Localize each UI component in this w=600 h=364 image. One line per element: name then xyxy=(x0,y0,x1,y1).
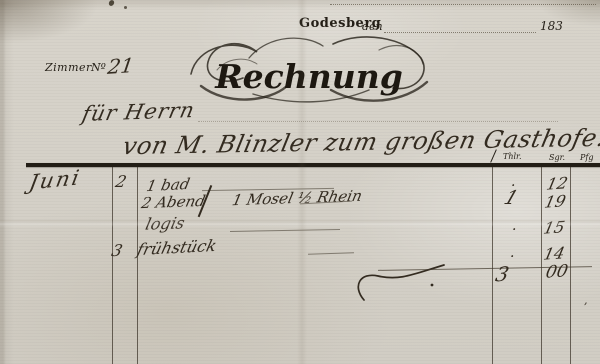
stray-ink-tick: , xyxy=(584,294,588,307)
salutation-dotted-line xyxy=(198,121,558,122)
column-line-day xyxy=(137,167,138,364)
ink-speck xyxy=(108,0,115,7)
row1-day: 2 xyxy=(114,172,129,191)
title-flourish-engraving: Rechnung xyxy=(183,30,435,110)
salutation-line: für Herrn xyxy=(80,98,197,126)
row3-thlr: · xyxy=(512,222,516,238)
row4-description: frühstück xyxy=(135,236,218,259)
row2-description-2: 1 Mosel ½ Rhein xyxy=(231,187,364,209)
issuer-line: von M. Blinzler zum großen Gasthofe. xyxy=(120,124,600,160)
room-number-abbrev: Nº xyxy=(91,61,106,74)
year-digits: 183 xyxy=(540,19,563,33)
invoice-title: Rechnung xyxy=(214,57,403,96)
row2-description: 2 Abend xyxy=(140,192,207,212)
fold-crease-horizontal xyxy=(0,220,600,227)
column-header-sgr: Sgr. xyxy=(549,153,565,162)
row2-thlr: 1 xyxy=(501,187,521,209)
month-label: Juni xyxy=(27,165,83,194)
ink-speck xyxy=(124,6,127,9)
row3-description: logis xyxy=(144,213,187,233)
column-header-pfg: Pfg xyxy=(580,153,593,162)
row4-sgr: 14 xyxy=(542,243,567,263)
sum-flourish xyxy=(350,256,500,306)
row3-fill-dash xyxy=(230,229,340,232)
column-header-thlr: Thlr. xyxy=(503,152,522,161)
column-line-date xyxy=(112,167,113,364)
room-label: Zimmer xyxy=(45,61,92,74)
row2-sgr: 19 xyxy=(543,191,568,211)
top-ruled-dotted-line xyxy=(330,4,596,5)
room-number: 21 xyxy=(106,53,135,79)
row3-sgr: 15 xyxy=(542,217,567,237)
row4-fill-dash xyxy=(308,252,354,255)
column-line-sgr xyxy=(541,167,542,364)
total-sgr: 00 xyxy=(544,261,570,282)
invoice-document: Godesberg den 183 Zimmer Nº 21 Rechnung … xyxy=(0,0,600,364)
